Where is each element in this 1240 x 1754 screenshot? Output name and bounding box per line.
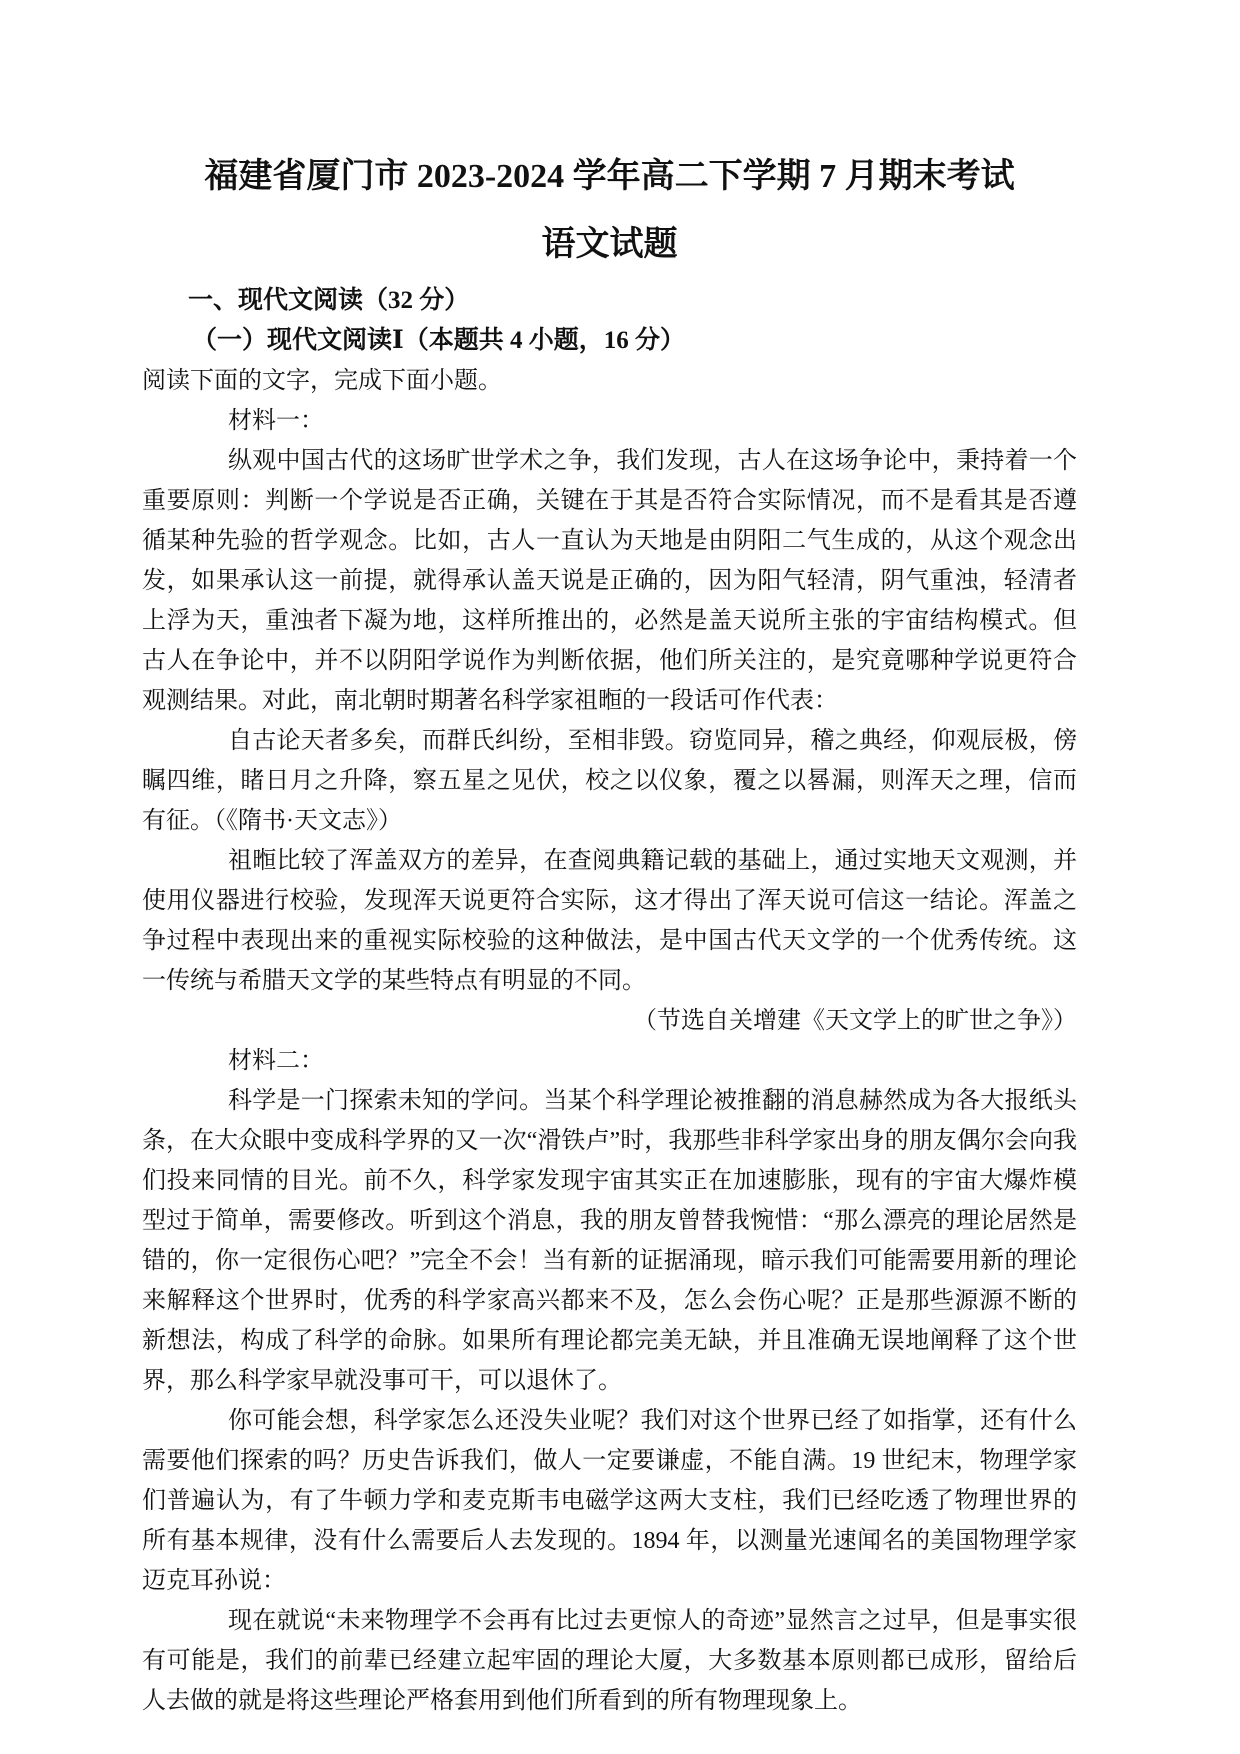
page-subtitle: 语文试题 xyxy=(142,223,1077,267)
body-paragraph: 自古论天者多矣，而群氏纠纷，至相非毁。窃览同异，稽之典经，仰观辰极，傍瞩四维，睹… xyxy=(142,721,1077,841)
page-title: 福建省厦门市 2023-2024 学年高二下学期 7 月期末考试 xyxy=(142,155,1077,199)
section-heading: 一、现代文阅读（32 分） xyxy=(142,281,1077,321)
body-paragraph: 你可能会想，科学家怎么还没失业呢？我们对这个世界已经了如指掌，还有什么需要他们探… xyxy=(142,1401,1077,1601)
attribution-line: （节选自关增建《天文学上的旷世之争》） xyxy=(142,1001,1077,1041)
subsection-heading: （一）现代文阅读Ⅰ（本题共 4 小题，16 分） xyxy=(142,321,1077,361)
body-paragraph: 纵观中国古代的这场旷世学术之争，我们发现，古人在这场争论中，秉持着一个重要原则：… xyxy=(142,441,1077,721)
exam-page: 福建省厦门市 2023-2024 学年高二下学期 7 月期末考试 语文试题 一、… xyxy=(0,0,1240,1754)
material-label: 材料二： xyxy=(142,1041,1077,1081)
material-label: 材料一： xyxy=(142,401,1077,441)
body-paragraph: 祖暅比较了浑盖双方的差异，在查阅典籍记载的基础上，通过实地天文观测，并使用仪器进… xyxy=(142,841,1077,1001)
instruction-line: 阅读下面的文字，完成下面小题。 xyxy=(142,361,1077,401)
body-paragraph: 现在就说“未来物理学不会再有比过去更惊人的奇迹”显然言之过早，但是事实很有可能是… xyxy=(142,1601,1077,1721)
document-body: 福建省厦门市 2023-2024 学年高二下学期 7 月期末考试 语文试题 一、… xyxy=(142,0,1077,1721)
body-paragraph: 科学是一门探索未知的学问。当某个科学理论被推翻的消息赫然成为各大报纸头条，在大众… xyxy=(142,1081,1077,1401)
reading-passage: 阅读下面的文字，完成下面小题。 材料一：纵观中国古代的这场旷世学术之争，我们发现… xyxy=(142,361,1077,1721)
